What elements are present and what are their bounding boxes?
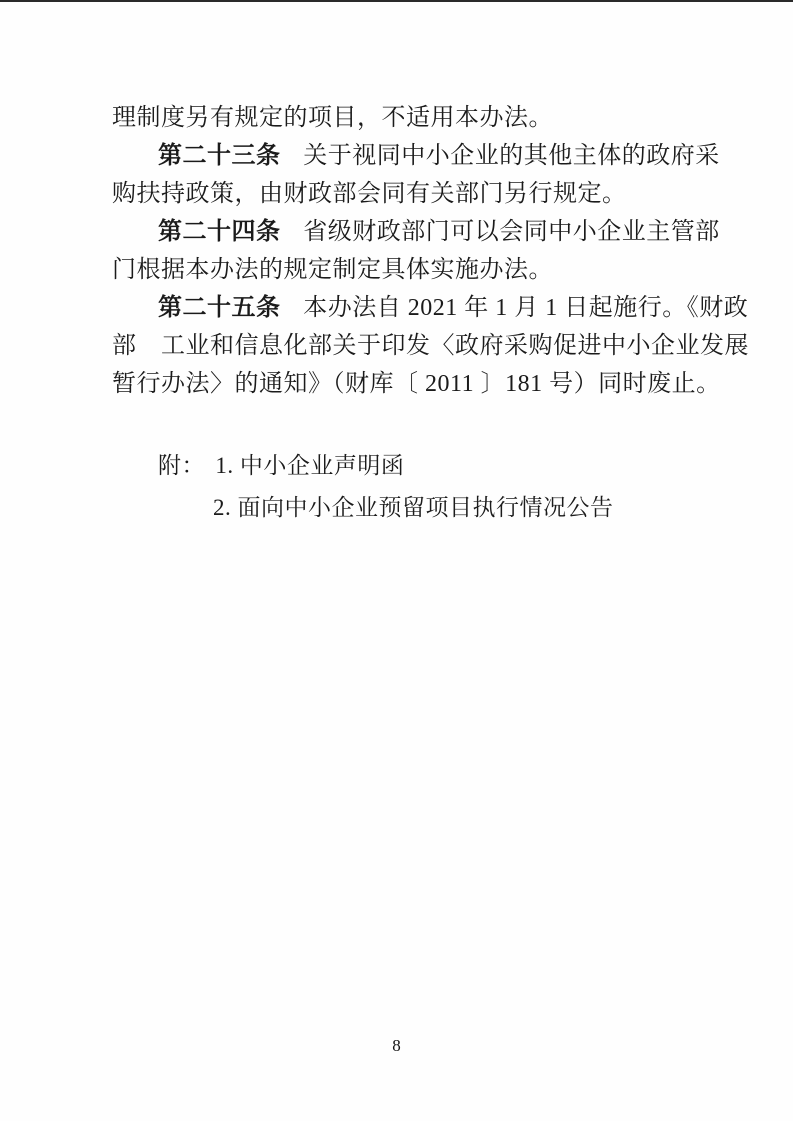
doc-line-text: 省级财政部门可以会同中小企业主管部: [303, 219, 720, 245]
doc-line: 暂行办法〉的通知》（财库〔 2011 〕181 号）同时废止。: [112, 365, 692, 403]
doc-line: 部 工业和信息化部关于印发〈政府采购促进中小企业发展: [112, 327, 692, 365]
doc-line-article-25: 第二十五条本办法自 2021 年 1 月 1 日起施行。《财政: [112, 289, 692, 327]
attachment-item-2: 2. 面向中小企业预留项目执行情况公告: [158, 487, 614, 529]
article-number: 第二十三条: [158, 143, 281, 169]
doc-line: 购扶持政策，由财政部会同有关部门另行规定。: [112, 175, 692, 213]
doc-line-text: 暂行办法〉的通知》（财库〔 2011 〕181 号）同时废止。: [112, 371, 721, 397]
attachment-item-text: 1. 中小企业声明函: [215, 453, 404, 478]
doc-line-article-23: 第二十三条关于视同中小企业的其他主体的政府采: [112, 137, 692, 175]
attachment-list: 附：1. 中小企业声明函 2. 面向中小企业预留项目执行情况公告: [158, 445, 614, 529]
doc-line-text: 理制度另有规定的项目，不适用本办法。: [112, 105, 553, 131]
document-body: 理制度另有规定的项目，不适用本办法。 第二十三条关于视同中小企业的其他主体的政府…: [112, 99, 692, 403]
doc-line-text: 购扶持政策，由财政部会同有关部门另行规定。: [112, 181, 627, 207]
doc-line-text: 关于视同中小企业的其他主体的政府采: [303, 143, 720, 169]
article-number: 第二十五条: [158, 295, 281, 321]
attachment-item-1: 附：1. 中小企业声明函: [158, 445, 614, 487]
attachment-label: 附：: [158, 453, 205, 478]
doc-line-article-24: 第二十四条省级财政部门可以会同中小企业主管部: [112, 213, 692, 251]
doc-line: 门根据本办法的规定制定具体实施办法。: [112, 251, 692, 289]
article-number: 第二十四条: [158, 219, 281, 245]
doc-line-text: 部 工业和信息化部关于印发〈政府采购促进中小企业发展: [112, 333, 749, 359]
page-number: 8: [0, 1036, 793, 1056]
doc-line-text: 本办法自 2021 年 1 月 1 日起施行。《财政: [303, 295, 748, 321]
doc-line-text: 门根据本办法的规定制定具体实施办法。: [112, 257, 553, 283]
document-page: 理制度另有规定的项目，不适用本办法。 第二十三条关于视同中小企业的其他主体的政府…: [0, 0, 793, 1121]
attachment-item-text: 2. 面向中小企业预留项目执行情况公告: [213, 495, 614, 520]
scan-edge-artifact: [0, 0, 793, 2]
doc-line: 理制度另有规定的项目，不适用本办法。: [112, 99, 692, 137]
